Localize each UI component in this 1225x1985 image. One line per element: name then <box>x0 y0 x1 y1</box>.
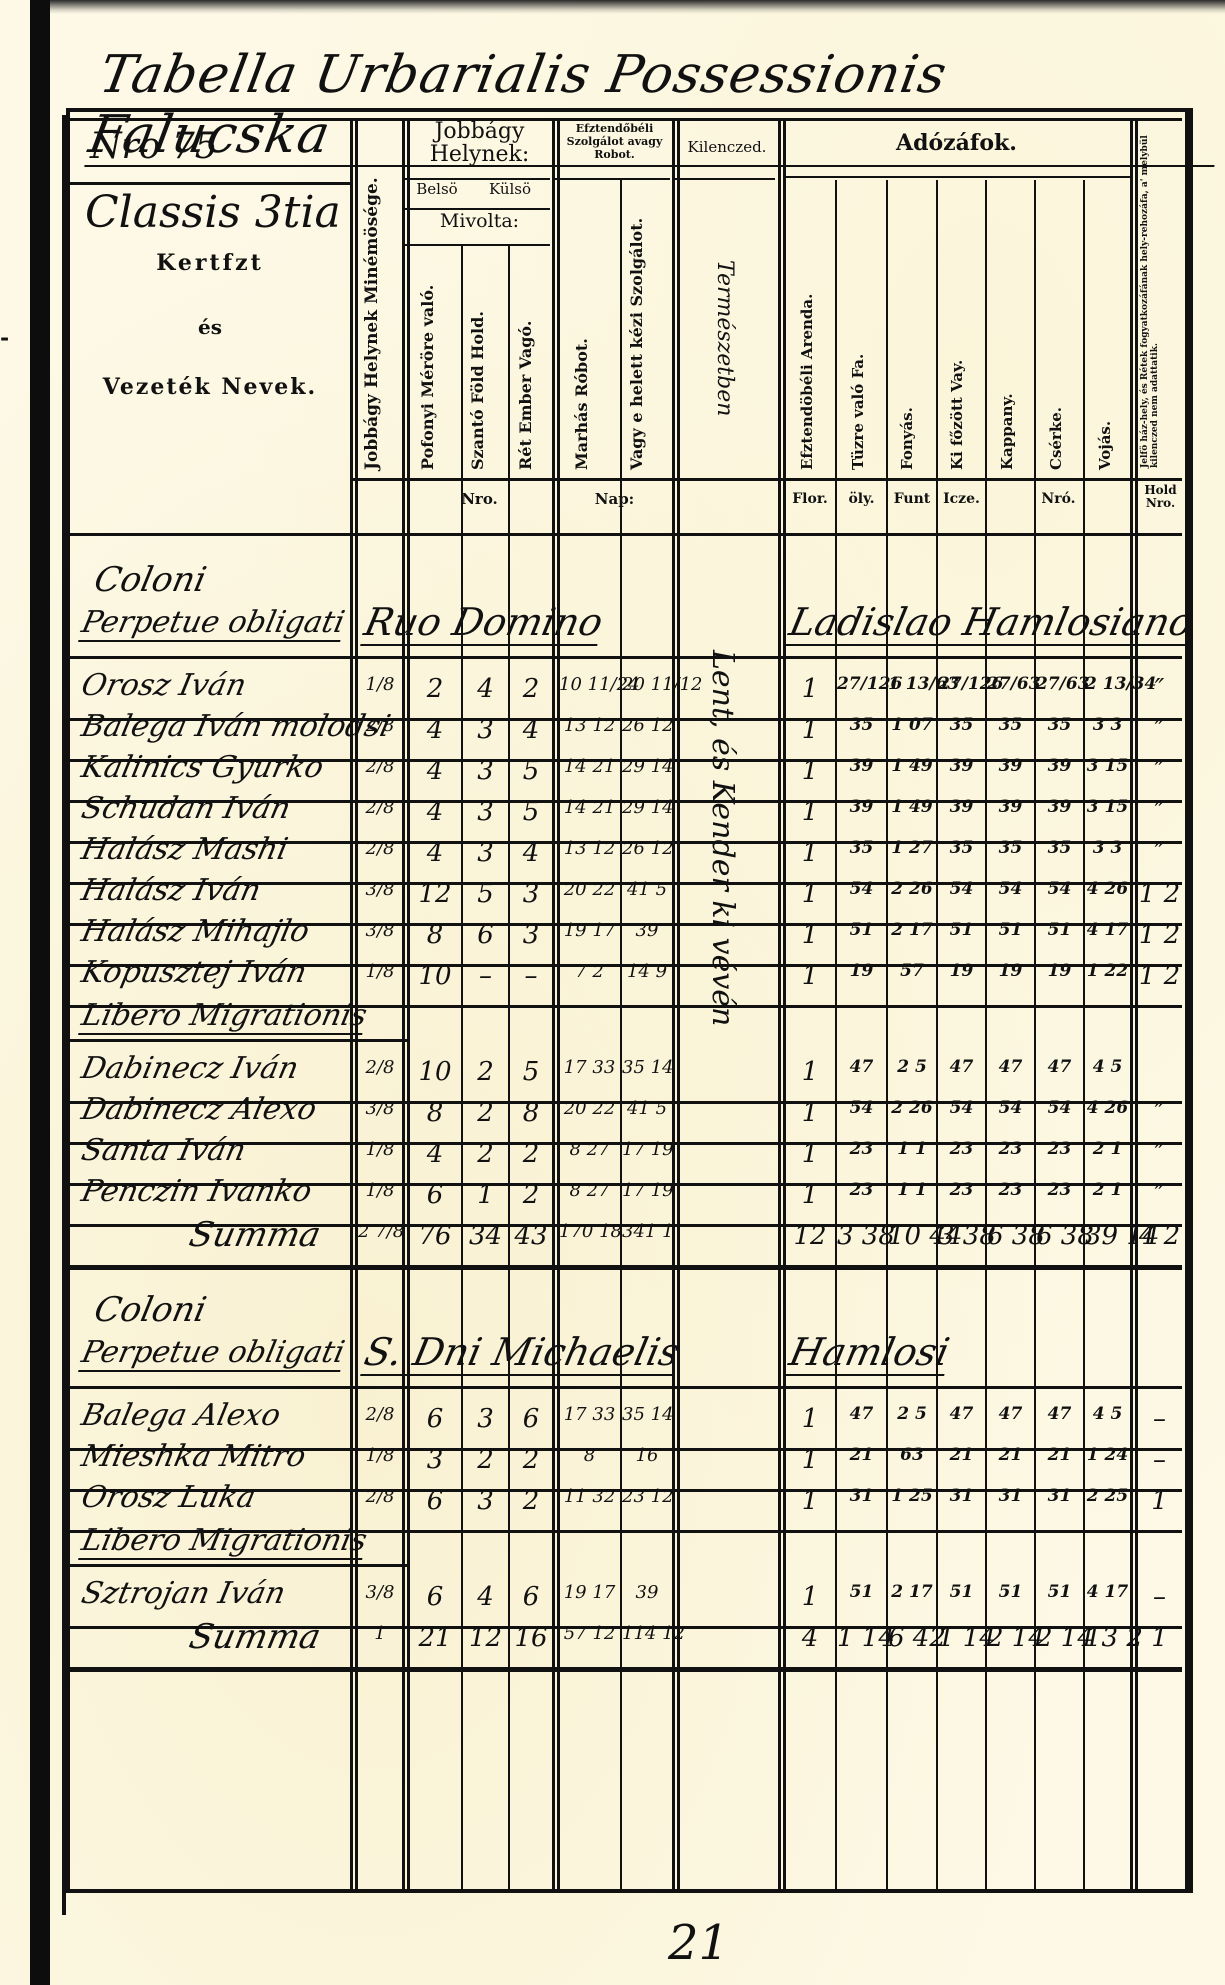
cell-m: ″ <box>1137 674 1182 704</box>
cell-e: 23 12 <box>622 1486 672 1507</box>
landlord-name: S. Dni Michaelis <box>360 1330 684 1376</box>
cell-c: 2 <box>510 1139 552 1169</box>
cell-a: 10 <box>410 961 460 991</box>
cell-f: 1 <box>785 1139 835 1169</box>
resident-name: Kalinics Gyurko <box>78 750 326 785</box>
cell-j: 6 38 <box>987 1221 1034 1251</box>
cell-f: 1 <box>785 1098 835 1128</box>
cell-i: 23 <box>938 1180 985 1200</box>
cell-q: 3/8 <box>358 1582 402 1603</box>
adozasok-col-5: Kappany. <box>998 375 1016 470</box>
names-col-header-2: és <box>70 315 350 339</box>
cell-h: 2 5 <box>888 1404 936 1424</box>
cell-l: 3 3 <box>1085 838 1130 858</box>
cell-m: 4 2 <box>1137 1221 1182 1251</box>
cell-g: 35 <box>837 715 886 735</box>
cell-j: 23 <box>987 1180 1034 1200</box>
cell-e: 114 12 <box>622 1623 672 1644</box>
cell-m: 1 <box>1137 1623 1182 1653</box>
cell-i: 47 <box>938 1404 985 1424</box>
landlord-name-right: Ladislao Hamlosiano <box>785 600 1197 646</box>
row-rule <box>70 1267 1182 1270</box>
cell-b: 2 <box>463 1057 508 1087</box>
unit-flor: Flor. <box>785 492 835 507</box>
cell-c: 3 <box>510 879 552 909</box>
header-top-rule <box>70 118 1182 121</box>
cell-a: 4 <box>410 756 460 786</box>
cell-q: 2/8 <box>358 1486 402 1507</box>
cell-d: 14 21 <box>559 756 620 777</box>
cell-m: – <box>1137 1404 1182 1434</box>
cell-j: 54 <box>987 1098 1034 1118</box>
cell-i: 51 <box>938 920 985 940</box>
cell-g: 1 14 <box>837 1623 886 1653</box>
cell-q: 2 7/8 <box>358 1221 402 1242</box>
cell-q: 1/8 <box>358 1445 402 1466</box>
cell-h: 1 07 <box>888 715 936 735</box>
cell-q: 2/8 <box>358 715 402 736</box>
cell-q: 2/8 <box>358 1057 402 1078</box>
cell-a: 6 <box>410 1404 460 1434</box>
szolgalat-col-2: Vagy e helett kézi Szolgálot. <box>627 190 646 470</box>
cell-a: 6 <box>410 1180 460 1210</box>
cell-l: 1 22 <box>1085 961 1130 981</box>
resident-name: Schudan Iván <box>78 791 293 826</box>
header-bottom-rule <box>70 533 1182 536</box>
cell-j: 39 <box>987 756 1034 776</box>
document-number: Nro 75 <box>90 128 218 166</box>
cell-e: 26 12 <box>622 715 672 736</box>
cell-c: 43 <box>510 1221 552 1251</box>
cell-b: 3 <box>463 838 508 868</box>
cell-h: 1 1 <box>888 1139 936 1159</box>
cell-d: 8 27 <box>559 1180 620 1201</box>
adozasok-col-4: Ki főzött Vay. <box>948 320 966 470</box>
cell-e: 341 1 <box>622 1221 672 1242</box>
cell-q: 1 <box>358 1623 402 1644</box>
cell-e: 17 19 <box>622 1139 672 1160</box>
cell-g: 19 <box>837 961 886 981</box>
cell-c: 2 <box>510 1180 552 1210</box>
cell-l: 3 15 <box>1085 797 1130 817</box>
cell-k: 6 38 <box>1036 1221 1083 1251</box>
unit-nap: Nap: <box>557 492 672 508</box>
units-rule <box>350 478 1182 481</box>
row-rule <box>70 1669 1182 1672</box>
resident-name: Santa Iván <box>78 1133 249 1168</box>
cell-c: 2 <box>510 674 552 704</box>
subgroup-label: Libero Migrationis <box>78 998 370 1035</box>
book-binding-edge <box>30 0 50 1985</box>
cell-h: 2 17 <box>888 1582 936 1602</box>
adozasok-col-1: Efztendöbéli Arenda. <box>798 255 816 470</box>
cell-q: 1/8 <box>358 961 402 982</box>
cell-c: 5 <box>510 756 552 786</box>
cell-f: 4 <box>785 1623 835 1653</box>
cell-i: 1 14 <box>938 1623 985 1653</box>
cell-m: – <box>1137 1582 1182 1612</box>
szolgalat-col-1: Marhás Róbot. <box>572 320 591 470</box>
cell-b: 6 <box>463 920 508 950</box>
cell-a: 6 <box>410 1582 460 1612</box>
row-rule <box>70 656 1182 659</box>
cell-d: 11 32 <box>559 1486 620 1507</box>
adozasok-col-2: Tüzre való Fa. <box>849 310 867 470</box>
cell-j: 35 <box>987 838 1034 858</box>
cell-d: 7 2 <box>559 961 620 982</box>
cell-k: 39 <box>1036 797 1083 817</box>
cell-g: 54 <box>837 879 886 899</box>
cell-j: 2 14 <box>987 1623 1034 1653</box>
quality-header: Jobbágy Helynek Minémösége. <box>362 160 382 470</box>
cell-i: 35 <box>938 838 985 858</box>
cell-g: 23 <box>837 1139 886 1159</box>
cell-m: ″ <box>1137 715 1182 745</box>
cell-f: 1 <box>785 1445 835 1475</box>
cell-c: 4 <box>510 715 552 745</box>
cell-b: 2 <box>463 1139 508 1169</box>
unit-hold-nro: Hold Nro. <box>1138 484 1183 509</box>
cell-l: 4 17 <box>1085 1582 1130 1602</box>
cell-m: ″ <box>1137 797 1182 827</box>
margin-mark: - <box>0 325 9 351</box>
landlord-name-right: Hamlosi <box>785 1330 953 1376</box>
cell-l: 3 15 <box>1085 756 1130 776</box>
cell-h: 1 27 <box>888 838 936 858</box>
cell-d: 57 12 <box>559 1623 620 1644</box>
cell-k: 21 <box>1036 1445 1083 1465</box>
row-rule <box>70 1386 1182 1389</box>
cell-k: 51 <box>1036 1582 1083 1602</box>
cell-l: 2 25 <box>1085 1486 1130 1506</box>
cell-g: 39 <box>837 756 886 776</box>
page-number: 21 <box>668 1915 729 1971</box>
cell-e: 35 14 <box>622 1404 672 1425</box>
cell-l: 13 2 <box>1085 1623 1130 1653</box>
helynek-col-2: Szantó Föld Hold. <box>468 270 487 470</box>
resident-name: Kopusztej Iván <box>78 955 310 990</box>
cell-k: 54 <box>1036 1098 1083 1118</box>
cell-h: 1 1 <box>888 1180 936 1200</box>
cell-f: 12 <box>785 1221 835 1251</box>
unit-funt: Funt <box>888 492 936 507</box>
cell-c: 2 <box>510 1486 552 1516</box>
cell-f: 1 <box>785 920 835 950</box>
cell-d: 8 27 <box>559 1139 620 1160</box>
last-col-header: Jelfö ház-hely, és Rétek fogyatkozáfának… <box>1140 118 1170 468</box>
cell-h: 10 44 <box>888 1221 936 1251</box>
cell-d: 17 33 <box>559 1057 620 1078</box>
cell-c: 8 <box>510 1098 552 1128</box>
cell-f: 1 <box>785 715 835 745</box>
helynek-col-1: Pofonyi Méröre való. <box>418 255 437 470</box>
cell-j: 23 <box>987 1139 1034 1159</box>
cell-a: 76 <box>410 1221 460 1251</box>
cell-b: 3 <box>463 1486 508 1516</box>
cell-q: 2/8 <box>358 756 402 777</box>
cell-g: 31 <box>837 1486 886 1506</box>
cell-k: 47 <box>1036 1404 1083 1424</box>
cell-i: 31 <box>938 1486 985 1506</box>
cell-j: 54 <box>987 879 1034 899</box>
cell-q: 3/8 <box>358 920 402 941</box>
unit-nro2: Nró. <box>987 492 1130 507</box>
resident-name: Halász Iván <box>78 873 264 908</box>
names-col-header-1: Kertfzt <box>70 250 350 276</box>
cell-i: 39 <box>938 797 985 817</box>
cell-k: 47 <box>1036 1057 1083 1077</box>
cell-h: 6 42 <box>888 1623 936 1653</box>
cell-j: 39 <box>987 797 1034 817</box>
cell-i: 51 <box>938 1582 985 1602</box>
cell-e: 14 9 <box>622 961 672 982</box>
cell-h: 2 26 <box>888 1098 936 1118</box>
cell-b: 1 <box>463 1180 508 1210</box>
cell-h: 1 13/63 <box>888 674 936 694</box>
cell-l: 4 5 <box>1085 1057 1130 1077</box>
cell-i: 21 <box>938 1445 985 1465</box>
cell-g: 54 <box>837 1098 886 1118</box>
classis-label: Classis 3tia <box>85 190 341 236</box>
cell-m: 1 2 <box>1137 920 1182 950</box>
cell-a: 3 <box>410 1445 460 1475</box>
cell-f: 1 <box>785 1486 835 1516</box>
cell-a: 4 <box>410 1139 460 1169</box>
cell-b: 3 <box>463 1404 508 1434</box>
cell-l: 2 1 <box>1085 1180 1130 1200</box>
cell-i: 47 <box>938 1057 985 1077</box>
szolgalat-header: Efztendőbéli Szolgálot avagy Robot. <box>557 122 672 161</box>
cell-g: 39 <box>837 797 886 817</box>
szolgalat-rule <box>555 178 670 180</box>
cell-j: 47 <box>987 1057 1034 1077</box>
cell-b: 34 <box>463 1221 508 1251</box>
cell-b: 2 <box>463 1445 508 1475</box>
cell-d: 19 17 <box>559 920 620 941</box>
cell-b: 5 <box>463 879 508 909</box>
helynek-header: Jobbágy Helynek: <box>407 120 552 166</box>
cell-l: 39 14 <box>1085 1221 1130 1251</box>
summa-label: Summa <box>186 1215 324 1255</box>
kilenczed-body: Természetben <box>712 260 737 410</box>
cell-e: 20 11/12 <box>622 674 672 695</box>
belso-header: Belsö <box>407 182 467 198</box>
cell-g: 35 <box>837 838 886 858</box>
cell-d: 17 33 <box>559 1404 620 1425</box>
resident-name: Sztrojan Iván <box>78 1576 288 1611</box>
cell-h: 57 <box>888 961 936 981</box>
adozasok-col-3: Fonyás. <box>898 400 916 470</box>
cell-m: ″ <box>1137 838 1182 868</box>
cell-k: 39 <box>1036 756 1083 776</box>
cell-e: 16 <box>622 1445 672 1466</box>
cell-e: 39 <box>622 920 672 941</box>
cell-e: 35 14 <box>622 1057 672 1078</box>
cell-h: 2 17 <box>888 920 936 940</box>
cell-a: 4 <box>410 797 460 827</box>
summa-label: Summa <box>186 1617 324 1657</box>
kilenczed-header: Kilenczed. <box>677 140 777 156</box>
resident-name: Mieshka Mitro <box>78 1439 309 1474</box>
cell-m: ″ <box>1137 1180 1182 1210</box>
row-rule <box>70 1564 410 1567</box>
cell-d: 8 <box>559 1445 620 1466</box>
cell-f: 1 <box>785 1180 835 1210</box>
cell-g: 21 <box>837 1445 886 1465</box>
group-label-1: Coloni <box>91 560 210 600</box>
cell-q: 3/8 <box>358 1098 402 1119</box>
cell-c: 5 <box>510 1057 552 1087</box>
cell-m: ″ <box>1137 756 1182 786</box>
cell-q: 2/8 <box>358 797 402 818</box>
cell-b: 3 <box>463 715 508 745</box>
cell-f: 1 <box>785 756 835 786</box>
cell-a: 4 <box>410 715 460 745</box>
cell-a: 8 <box>410 920 460 950</box>
cell-h: 1 25 <box>888 1486 936 1506</box>
group-label-1: Coloni <box>91 1290 210 1330</box>
cell-b: 12 <box>463 1623 508 1653</box>
number-box-rule <box>70 182 350 185</box>
resident-name: Balega Iván molodsi <box>78 709 393 744</box>
cell-j: 31 <box>987 1486 1034 1506</box>
cell-m: 1 2 <box>1137 879 1182 909</box>
cell-g: 23 <box>837 1180 886 1200</box>
cell-i: 19 <box>938 961 985 981</box>
cell-i: 54 <box>938 879 985 899</box>
cell-c: 16 <box>510 1623 552 1653</box>
cell-m: – <box>1137 1445 1182 1475</box>
cell-b: 2 <box>463 1098 508 1128</box>
cell-d: 20 22 <box>559 1098 620 1119</box>
cell-i: 54 <box>938 1098 985 1118</box>
cell-h: 63 <box>888 1445 936 1465</box>
cell-k: 19 <box>1036 961 1083 981</box>
unit-icze: Icze. <box>938 492 985 507</box>
cell-a: 2 <box>410 674 460 704</box>
kilenczed-note: Lent, és Kender ki vévén <box>705 650 740 1270</box>
cell-e: 29 14 <box>622 797 672 818</box>
cell-j: 19 <box>987 961 1034 981</box>
cell-i: 27/126 <box>938 674 985 694</box>
cell-k: 2 14 <box>1036 1623 1083 1653</box>
cell-e: 39 <box>622 1582 672 1603</box>
subgroup-label: Libero Migrationis <box>78 1523 370 1560</box>
cell-q: 1/8 <box>358 674 402 695</box>
kilenczed-rule <box>675 178 775 180</box>
cell-j: 51 <box>987 920 1034 940</box>
cell-c: 6 <box>510 1404 552 1434</box>
cell-b: 4 <box>463 674 508 704</box>
cell-a: 6 <box>410 1486 460 1516</box>
cell-l: 4 26 <box>1085 1098 1130 1118</box>
cell-l: 2 13/34 <box>1085 674 1130 694</box>
cell-g: 47 <box>837 1404 886 1424</box>
names-col-header-3: Vezeték Nevek. <box>70 374 350 400</box>
cell-m: 1 2 <box>1137 961 1182 991</box>
cell-d: 10 11/24 <box>559 674 620 695</box>
cell-b: 4 <box>463 1582 508 1612</box>
resident-name: Orosz Iván <box>78 668 249 703</box>
cell-m: 1 <box>1137 1486 1182 1516</box>
cell-b: – <box>463 961 508 991</box>
cell-b: 3 <box>463 797 508 827</box>
cell-h: 1 49 <box>888 797 936 817</box>
page-top-shadow <box>40 0 1225 14</box>
cell-g: 27/126 <box>837 674 886 694</box>
adozasok-col-7: Vojás. <box>1096 405 1114 470</box>
cell-q: 1/8 <box>358 1180 402 1201</box>
cell-f: 1 <box>785 797 835 827</box>
cell-d: 20 22 <box>559 879 620 900</box>
landlord-name: Ruo Domino <box>360 600 607 646</box>
cell-i: 23 <box>938 1139 985 1159</box>
cell-d: 13 12 <box>559 715 620 736</box>
cell-a: 21 <box>410 1623 460 1653</box>
resident-name: Dabinecz Iván <box>78 1051 301 1086</box>
cell-q: 1/8 <box>358 1139 402 1160</box>
mivolta-rule <box>405 244 550 246</box>
cell-l: 1 24 <box>1085 1445 1130 1465</box>
cell-h: 2 5 <box>888 1057 936 1077</box>
cell-i: 35 <box>938 715 985 735</box>
cell-q: 3/8 <box>358 879 402 900</box>
cell-k: 51 <box>1036 920 1083 940</box>
cell-f: 1 <box>785 1582 835 1612</box>
cell-k: 54 <box>1036 879 1083 899</box>
cell-c: 5 <box>510 797 552 827</box>
cell-j: 35 <box>987 715 1034 735</box>
cell-e: 41 5 <box>622 1098 672 1119</box>
cell-j: 47 <box>987 1404 1034 1424</box>
cell-e: 29 14 <box>622 756 672 777</box>
cell-g: 51 <box>837 920 886 940</box>
mivolta-header: Mivolta: <box>407 212 552 232</box>
cell-c: 4 <box>510 838 552 868</box>
cell-d: 170 18 <box>559 1221 620 1242</box>
cell-a: 10 <box>410 1057 460 1087</box>
unit-oly: öly. <box>837 492 886 507</box>
cell-c: 6 <box>510 1582 552 1612</box>
resident-name: Penczin Ivanko <box>78 1174 315 1209</box>
row-rule <box>70 1039 410 1042</box>
resident-name: Halász Mihajlo <box>78 914 312 949</box>
helynek-col-3: Rét Ember Vagó. <box>516 290 535 470</box>
cell-k: 23 <box>1036 1180 1083 1200</box>
kulso-header: Külsö <box>470 182 550 198</box>
cell-l: 4 17 <box>1085 920 1130 940</box>
cell-i: 39 <box>938 756 985 776</box>
resident-name: Dabinecz Alexo <box>78 1092 319 1127</box>
cell-d: 13 12 <box>559 838 620 859</box>
resident-name: Halász Mashi <box>78 832 291 867</box>
cell-h: 2 26 <box>888 879 936 899</box>
cell-e: 26 12 <box>622 838 672 859</box>
cell-c: – <box>510 961 552 991</box>
cell-a: 4 <box>410 838 460 868</box>
resident-name: Balega Alexo <box>78 1398 283 1433</box>
group-label-2: Perpetue obligati <box>78 605 348 642</box>
cell-a: 8 <box>410 1098 460 1128</box>
cell-m: ″ <box>1137 1098 1182 1128</box>
cell-g: 3 38 <box>837 1221 886 1251</box>
cell-c: 2 <box>510 1445 552 1475</box>
cell-l: 4 5 <box>1085 1404 1130 1424</box>
cell-d: 14 21 <box>559 797 620 818</box>
cell-f: 1 <box>785 1404 835 1434</box>
cell-k: 35 <box>1036 838 1083 858</box>
cell-i: 3 38 <box>938 1221 985 1251</box>
